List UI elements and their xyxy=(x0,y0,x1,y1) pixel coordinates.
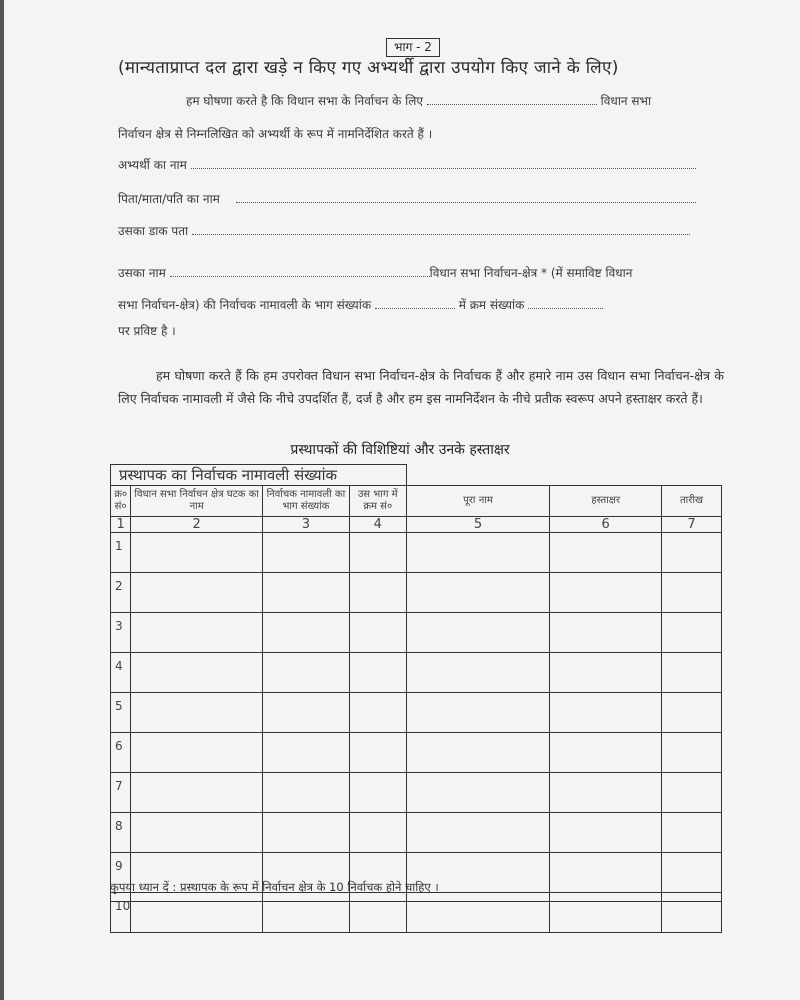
assembly-blank[interactable] xyxy=(427,94,597,105)
cell-serial-in-part[interactable] xyxy=(349,813,406,853)
candidate-name-field[interactable] xyxy=(191,158,696,169)
cell-full-name[interactable] xyxy=(406,653,550,693)
cell-signature[interactable] xyxy=(550,733,662,773)
row-serial: 8 xyxy=(111,813,131,853)
col-header-roll-part: निर्वाचक नामावली का भाग संख्यांक xyxy=(262,486,349,517)
cell-roll-part[interactable] xyxy=(262,773,349,813)
cell-signature[interactable] xyxy=(550,693,662,733)
declaration-suffix: विधान सभा xyxy=(601,94,651,108)
proposers-table: प्रस्थापक का निर्वाचक नामावली संख्यांक क… xyxy=(110,464,722,933)
row-serial: 3 xyxy=(111,613,131,653)
group-header: प्रस्थापक का निर्वाचक नामावली संख्यांक xyxy=(111,465,407,486)
cell-constituency[interactable] xyxy=(131,813,263,853)
cell-serial-in-part[interactable] xyxy=(349,613,406,653)
cell-roll-part[interactable] xyxy=(262,653,349,693)
cell-date[interactable] xyxy=(662,573,722,613)
cell-constituency[interactable] xyxy=(131,693,263,733)
cell-constituency[interactable] xyxy=(131,653,263,693)
table-row: 4 xyxy=(111,653,722,693)
cell-constituency[interactable] xyxy=(131,533,263,573)
col-header-serial-in-part: उस भाग में क्रम सं० xyxy=(349,486,406,517)
row-serial: 7 xyxy=(111,773,131,813)
col-header-date: तारीख xyxy=(662,486,722,517)
parent-name-label: पिता/माता/पति का नाम xyxy=(118,192,220,206)
cell-roll-part[interactable] xyxy=(262,613,349,653)
proposers-declaration: हम घोषणा करते हैं कि हम उपरोक्त विधान सभ… xyxy=(118,364,724,410)
cell-signature[interactable] xyxy=(550,613,662,653)
cell-full-name[interactable] xyxy=(406,693,550,733)
table-row: 2 xyxy=(111,573,722,613)
row-serial: 6 xyxy=(111,733,131,773)
his-name-field[interactable] xyxy=(170,266,430,277)
cell-roll-part[interactable] xyxy=(262,533,349,573)
cell-signature[interactable] xyxy=(550,573,662,613)
col-number: 1 xyxy=(111,517,131,533)
constituency-text: विधान सभा निर्वाचन-क्षेत्र * (में समाविष… xyxy=(430,266,633,280)
col-number: 4 xyxy=(349,517,406,533)
col-number: 6 xyxy=(550,517,662,533)
cell-date[interactable] xyxy=(662,653,722,693)
postal-address-label: उसका डाक पता xyxy=(118,224,188,238)
roll-part-field[interactable] xyxy=(375,298,455,309)
cell-serial-in-part[interactable] xyxy=(349,653,406,693)
roll-part-label: सभा निर्वाचन-क्षेत्र) की निर्वाचक नामावल… xyxy=(118,298,371,312)
cell-roll-part[interactable] xyxy=(262,693,349,733)
cell-full-name[interactable] xyxy=(406,813,550,853)
cell-date[interactable] xyxy=(662,533,722,573)
cell-signature[interactable] xyxy=(550,653,662,693)
serial-no-field[interactable] xyxy=(528,298,603,309)
col-header-full-name: पूरा नाम xyxy=(406,486,550,517)
col-number: 7 xyxy=(662,517,722,533)
cell-full-name[interactable] xyxy=(406,733,550,773)
col-number: 5 xyxy=(406,517,550,533)
cell-date[interactable] xyxy=(662,613,722,653)
table-row: 3 xyxy=(111,613,722,653)
table-row: 5 xyxy=(111,693,722,733)
parent-name-row: पिता/माता/पति का नाम xyxy=(118,190,696,207)
row-serial: 5 xyxy=(111,693,131,733)
col-header-constituency: विधान सभा निर्वाचन क्षेत्र घटक का नाम xyxy=(131,486,263,517)
cell-roll-part[interactable] xyxy=(262,573,349,613)
cell-serial-in-part[interactable] xyxy=(349,733,406,773)
declaration-line-2: निर्वाचन क्षेत्र से निम्नलिखित को अभ्यर्… xyxy=(118,125,432,142)
postal-address-field[interactable] xyxy=(192,224,690,235)
his-name-label: उसका नाम xyxy=(118,266,166,280)
table-row: 7 xyxy=(111,773,722,813)
declaration-line-1: हम घोषणा करते है कि विधान सभा के निर्वाच… xyxy=(186,92,651,109)
serial-no-label: में क्रम संख्यांक xyxy=(459,298,525,312)
cell-date[interactable] xyxy=(662,693,722,733)
cell-roll-part[interactable] xyxy=(262,813,349,853)
parent-name-field[interactable] xyxy=(236,192,696,203)
cell-constituency[interactable] xyxy=(131,733,263,773)
postal-address-row: उसका डाक पता xyxy=(118,222,690,239)
cell-full-name[interactable] xyxy=(406,533,550,573)
table-row: 8 xyxy=(111,813,722,853)
footnote: कृपया ध्यान दें : प्रस्थापक के रूप में न… xyxy=(110,880,722,902)
row-serial: 2 xyxy=(111,573,131,613)
cell-full-name[interactable] xyxy=(406,773,550,813)
row-serial: 1 xyxy=(111,533,131,573)
table-row: 1 xyxy=(111,533,722,573)
cell-roll-part[interactable] xyxy=(262,733,349,773)
col-number: 2 xyxy=(131,517,263,533)
candidate-name-row: अभ्यर्थी का नाम xyxy=(118,156,696,173)
cell-signature[interactable] xyxy=(550,533,662,573)
cell-signature[interactable] xyxy=(550,813,662,853)
cell-date[interactable] xyxy=(662,773,722,813)
col-header-signature: हस्ताक्षर xyxy=(550,486,662,517)
cell-date[interactable] xyxy=(662,813,722,853)
cell-signature[interactable] xyxy=(550,773,662,813)
cell-constituency[interactable] xyxy=(131,573,263,613)
cell-full-name[interactable] xyxy=(406,613,550,653)
cell-serial-in-part[interactable] xyxy=(349,533,406,573)
row-serial: 4 xyxy=(111,653,131,693)
cell-constituency[interactable] xyxy=(131,773,263,813)
scan-edge xyxy=(0,0,4,1000)
declaration-prefix: हम घोषणा करते है कि विधान सभा के निर्वाच… xyxy=(186,94,423,108)
section-title: प्रस्थापकों की विशिष्टियां और उनके हस्ता… xyxy=(0,440,800,459)
his-name-row: उसका नाम विधान सभा निर्वाचन-क्षेत्र * (म… xyxy=(118,264,632,281)
cell-serial-in-part[interactable] xyxy=(349,573,406,613)
table-row: 6 xyxy=(111,733,722,773)
col-number: 3 xyxy=(262,517,349,533)
cell-full-name[interactable] xyxy=(406,573,550,613)
form-subtitle: (मान्यताप्राप्त दल द्वारा खड़े न किए गए … xyxy=(118,55,738,78)
cell-date[interactable] xyxy=(662,733,722,773)
group-header-empty xyxy=(406,465,721,486)
col-header-serial: क्र० सं० xyxy=(111,486,131,517)
roll-part-row: सभा निर्वाचन-क्षेत्र) की निर्वाचक नामावल… xyxy=(118,296,603,313)
candidate-name-label: अभ्यर्थी का नाम xyxy=(118,158,187,172)
cell-serial-in-part[interactable] xyxy=(349,693,406,733)
cell-constituency[interactable] xyxy=(131,613,263,653)
entered-at-text: पर प्रविष्ट है । xyxy=(118,322,176,339)
cell-serial-in-part[interactable] xyxy=(349,773,406,813)
